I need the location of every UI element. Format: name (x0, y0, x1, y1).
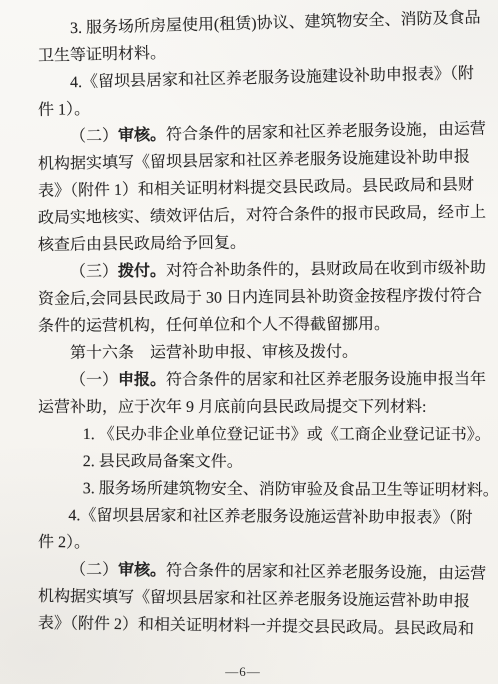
text-segment: 1. 《民办非企业单位登记证书》或《工商企业登记证书》。 (83, 426, 491, 443)
text-line: 3. 服务场所建筑物安全、消防审验及食品卫生等证明材料。 (38, 475, 474, 504)
text-segment: （二） (70, 127, 118, 145)
text-segment: 4.《留坝县居家和社区养老服务设施建设补助申报表》（附 (70, 65, 474, 91)
text-segment: 政局实地核实、绩效评估后，对符合条件的报市民政局，经市上 (38, 204, 486, 227)
text-line: （三）拨付。对符合补助条件的，县财政局在收到市级补助 (38, 255, 474, 286)
text-segment: （三） (70, 263, 118, 280)
scanned-document-page: 3. 服务场所房屋使用(租赁)协议、建筑物安全、消防及食品卫生等证明材料。4.《… (0, 0, 498, 684)
text-segment: 机构据实填写《留坝县居家和社区养老服务设施建设补助申报 (38, 149, 470, 173)
text-line: 4.《留坝县居家和社区养老服务设施运营补助申报表》（附 (38, 502, 474, 532)
text-segment: 件 1）。 (38, 101, 90, 119)
text-segment: 符合条件的居家和社区养老服务设施，由运营 (166, 121, 486, 144)
text-line: 第十六条 运营补助申报、审核及拨付。 (38, 338, 474, 367)
text-line: （二）审核。符合条件的居家和社区养老服务设施，由运营 (38, 556, 474, 587)
text-segment: 3. 服务场所建筑物安全、消防审验及食品卫生等证明材料。 (83, 480, 498, 499)
text-segment: 2. 县民政局备案文件。 (83, 453, 243, 470)
bold-text-segment: 拨付。 (118, 263, 166, 280)
text-line: 表》（附件 2）和相关证明材料一并提交县民政局。县民政局和 (38, 610, 474, 643)
text-line: 资金后,会同县民政局于 30 日内连同县补助资金按程序拨付符合 (38, 283, 474, 313)
bold-text-segment: 审核。 (118, 127, 166, 145)
text-segment: 卫生等证明材料。 (38, 45, 166, 65)
text-line: 2. 县民政局备案文件。 (38, 448, 474, 476)
text-segment: 符合条件的居家和社区养老服务设施，由运营 (166, 562, 486, 582)
text-segment: 运营补助，应于次年 9 月底前向县民政局提交下列材料: (38, 399, 426, 416)
text-segment: 资金后,会同县民政局于 30 日内连同县补助资金按程序拨付符合 (38, 288, 482, 308)
text-line: 核查后由县民政局给予回复。 (38, 227, 474, 259)
text-segment: （二） (70, 561, 118, 578)
text-segment: 表》（附件 1）和相关证明材料提交县民政局。县民政局和县财 (38, 176, 474, 200)
page-number: —6— (0, 664, 486, 680)
text-line: 条件的运营机构，任何单位和个人不得截留挪用。 (38, 310, 474, 340)
text-segment: （一） (70, 372, 118, 389)
text-segment: 符合条件的居家和社区养老服务设施申报当年 (166, 371, 486, 389)
bold-text-segment: 审核。 (118, 562, 166, 579)
text-segment: 机构据实填写《留坝县居家和社区养老服务设施运营补助申报 (38, 588, 470, 610)
bold-text-segment: 申报。 (118, 372, 166, 389)
text-segment: 条件的运营机构，任何单位和个人不得截留挪用。 (38, 316, 390, 335)
text-segment: 核查后由县民政局给予回复。 (38, 235, 246, 254)
text-line: （一）申报。符合条件的居家和社区养老服务设施申报当年 (38, 366, 474, 394)
text-line: 1. 《民办非企业单位登记证书》或《工商企业登记证书》。 (38, 421, 474, 449)
text-segment: 对符合补助条件的，县财政局在收到市级补助 (166, 260, 486, 280)
text-line: 运营补助，应于次年 9 月底前向县民政局提交下列材料: (38, 394, 474, 421)
text-segment: 4.《留坝县居家和社区养老服务设施运营补助申报表》（附 (68, 507, 472, 527)
text-segment: 表》（附件 2）和相关证明材料一并提交县民政局。县民政局和 (38, 615, 474, 638)
text-segment: 第十六条 运营补助申报、审核及拨付。 (70, 344, 358, 362)
text-segment: 件 2）。 (38, 534, 90, 551)
text-line: 件 2）。 (38, 529, 474, 560)
document-body: 3. 服务场所房屋使用(租赁)协议、建筑物安全、消防及食品卫生等证明材料。4.《… (38, 16, 474, 637)
